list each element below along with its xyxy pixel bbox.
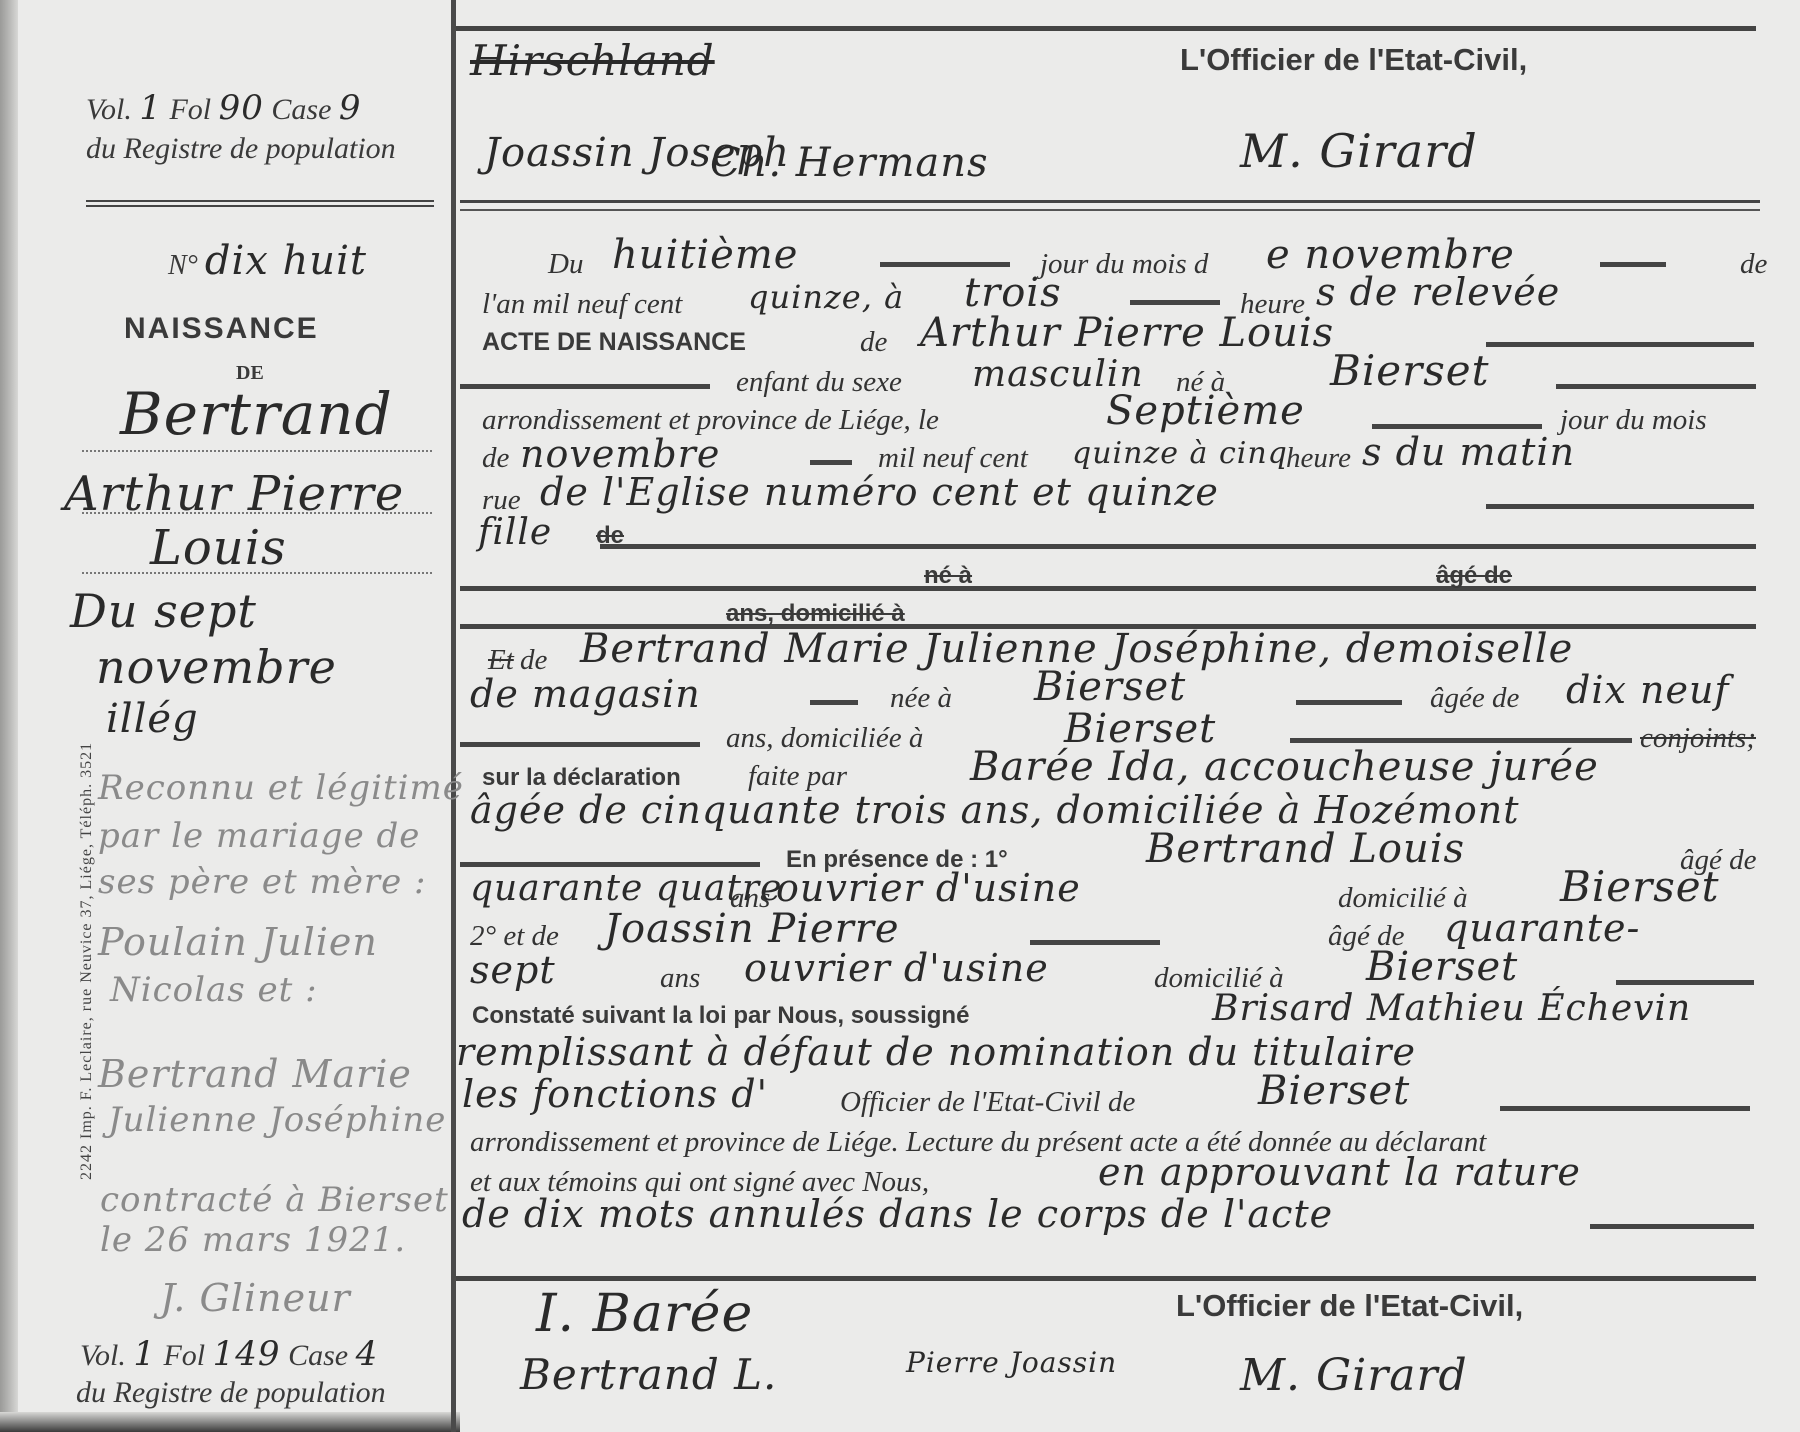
marginal-note-line: Julienne Joséphine	[108, 1100, 446, 1140]
top-rule	[456, 26, 1756, 31]
case-value: 4	[356, 1334, 379, 1374]
date-note-2: novembre	[96, 640, 337, 694]
strike-bar	[460, 586, 1756, 591]
signature-struck: Hirschland	[470, 36, 715, 85]
witness-signature: Ch. Hermans	[710, 140, 989, 186]
vol-header: Vol. 1 Fol 90 Case 9	[86, 88, 362, 128]
act-line: heure	[1286, 442, 1351, 475]
fill-bar	[1486, 342, 1754, 347]
act-line: ans, domicilié à	[726, 600, 905, 628]
vol-value: 1	[133, 1334, 156, 1374]
bottom-rule	[456, 1276, 1756, 1281]
registry-label-footer: du Registre de population	[76, 1376, 386, 1410]
column-divider	[451, 0, 456, 1432]
act-line: conjoints;	[1640, 722, 1756, 755]
book-gutter	[0, 0, 18, 1432]
name-dotted-line	[82, 512, 432, 514]
act-number: N° dix huit	[168, 238, 367, 284]
act-line: de	[482, 442, 509, 475]
birth-time-value: s du matin	[1362, 430, 1575, 474]
strike-bar	[1290, 738, 1632, 743]
act-line: ans	[660, 962, 700, 995]
marginal-note-line: par le mariage de	[98, 816, 420, 856]
witness2-age-cont-value: sept	[470, 948, 556, 992]
act-line: de	[860, 326, 887, 359]
act-line: Officier de l'Etat-Civil de	[840, 1086, 1135, 1119]
vol-value: 1	[139, 88, 162, 128]
mother-occupation-value: de magasin	[470, 672, 701, 716]
birth-day-value: Septième	[1106, 388, 1305, 434]
act-line: Constaté suivant la loi par Nous, soussi…	[472, 1002, 969, 1030]
fol-value: 90	[219, 88, 264, 128]
fill-bar	[1030, 940, 1160, 945]
naissance-title: NAISSANCE	[124, 312, 319, 346]
officer-label-top: L'Officier de l'Etat-Civil,	[1180, 42, 1527, 78]
act-line: âgé de	[1436, 562, 1512, 590]
act-line: jour du mois d	[1040, 248, 1208, 281]
officer-signature-bottom: M. Girard	[1240, 1350, 1468, 1401]
act-line: ans, domiciliée à	[726, 722, 923, 755]
officer-label-bottom: L'Officier de l'Etat-Civil,	[1176, 1288, 1523, 1324]
fol-value: 149	[213, 1334, 281, 1374]
fill-bar	[460, 862, 760, 867]
act-line: née à	[890, 682, 952, 715]
marginal-note-line: le 26 mars 1921.	[100, 1220, 406, 1260]
act-title: ACTE DE NAISSANCE	[482, 328, 746, 357]
mother-birthplace-value: Bierset	[1034, 664, 1186, 710]
officer-signature-top: M. Girard	[1240, 124, 1478, 178]
commune-value: Bierset	[1258, 1068, 1410, 1114]
birthplace-value: Bierset	[1330, 346, 1490, 395]
case-value: 9	[339, 88, 362, 128]
fill-bar	[1372, 424, 1542, 429]
fill-bar	[460, 384, 710, 389]
marginal-note-line: contracté à Bierset	[100, 1180, 449, 1220]
act-line: de	[1740, 248, 1767, 281]
child-name-value: Arthur Pierre Louis	[920, 310, 1334, 356]
witness1-name-value: Bertrand Louis	[1146, 826, 1465, 872]
marginal-note-line: Poulain Julien	[98, 920, 378, 964]
name-dotted-line	[82, 572, 432, 574]
witness1-occupation-value: ouvrier d'usine	[776, 866, 1081, 910]
year-value: quinze, à	[748, 278, 904, 316]
surname: Bertrand	[120, 380, 393, 448]
date-note-1: Du sept	[70, 584, 257, 638]
marginal-note-line: Bertrand Marie	[98, 1052, 412, 1096]
act-line: âgée de	[1430, 682, 1519, 715]
fill-bar	[1296, 700, 1402, 705]
marginal-note-line: Reconnu et légitimé	[98, 768, 464, 808]
act-number-value: dix huit	[205, 238, 367, 284]
fill-bar	[1556, 384, 1756, 389]
filiation-value: fille	[478, 512, 552, 553]
registry-label: du Registre de population	[86, 132, 396, 166]
page-edge-shadow	[0, 1412, 460, 1432]
fill-bar	[1590, 1224, 1754, 1229]
day-value: huitième	[612, 232, 798, 278]
strike-bar	[600, 544, 1756, 549]
witness1-signature: Bertrand L.	[520, 1350, 777, 1399]
witness2-domicile-value: Bierset	[1366, 944, 1518, 990]
marginal-signature: J. Glineur	[160, 1276, 351, 1320]
fill-bar	[460, 742, 700, 747]
given-names-2: Louis	[150, 520, 287, 576]
fill-bar	[1600, 262, 1666, 267]
approval-note-value: en approuvant la rature	[1098, 1150, 1581, 1194]
declarant-value: Barée Ida, accoucheuse jurée	[970, 744, 1599, 790]
witness1-domicile-value: Bierset	[1560, 862, 1720, 911]
officer-name-value: Brisard Mathieu Échevin	[1212, 988, 1691, 1029]
mother-age-value: dix neuf	[1566, 668, 1730, 712]
fill-bar	[810, 700, 858, 705]
act-line: Du	[548, 248, 583, 281]
birth-year-value: quinze à cinq	[1072, 436, 1288, 471]
fill-bar	[1130, 300, 1220, 305]
name-dotted-line	[82, 450, 432, 452]
act-line: né à	[924, 562, 972, 590]
fill-bar	[810, 460, 852, 465]
date-note-3: illég	[106, 696, 199, 742]
section-rule	[460, 200, 1760, 211]
time-of-day-value: s de relevée	[1316, 270, 1560, 314]
declarant-signature: I. Barée	[536, 1284, 753, 1344]
function-value: les fonctions d'	[462, 1072, 768, 1116]
marginal-note-line: ses père et mère :	[98, 862, 426, 902]
marginal-note-line: Nicolas et :	[110, 970, 318, 1010]
witness2-occupation-value: ouvrier d'usine	[744, 946, 1049, 990]
fill-bar	[1500, 1106, 1750, 1111]
act-line: enfant du sexe	[736, 366, 902, 399]
approval-note-cont-value: de dix mots annulés dans le corps de l'a…	[462, 1192, 1333, 1236]
double-rule	[86, 200, 434, 207]
fill-bar	[880, 262, 1010, 267]
act-line: jour du mois	[1560, 404, 1707, 437]
address-value: de l'Eglise numéro cent et quinze	[540, 470, 1219, 514]
act-line: l'an mil neuf cent	[482, 288, 682, 321]
vol-footer: Vol. 1 Fol 149 Case 4	[80, 1334, 378, 1374]
fill-bar	[1616, 980, 1754, 985]
witness2-signature: Pierre Joassin	[906, 1346, 1117, 1379]
printer-imprint: 2242 Imp. F. Leclaire, rue Neuvice 37, L…	[78, 742, 96, 1180]
fill-bar	[1486, 504, 1754, 509]
